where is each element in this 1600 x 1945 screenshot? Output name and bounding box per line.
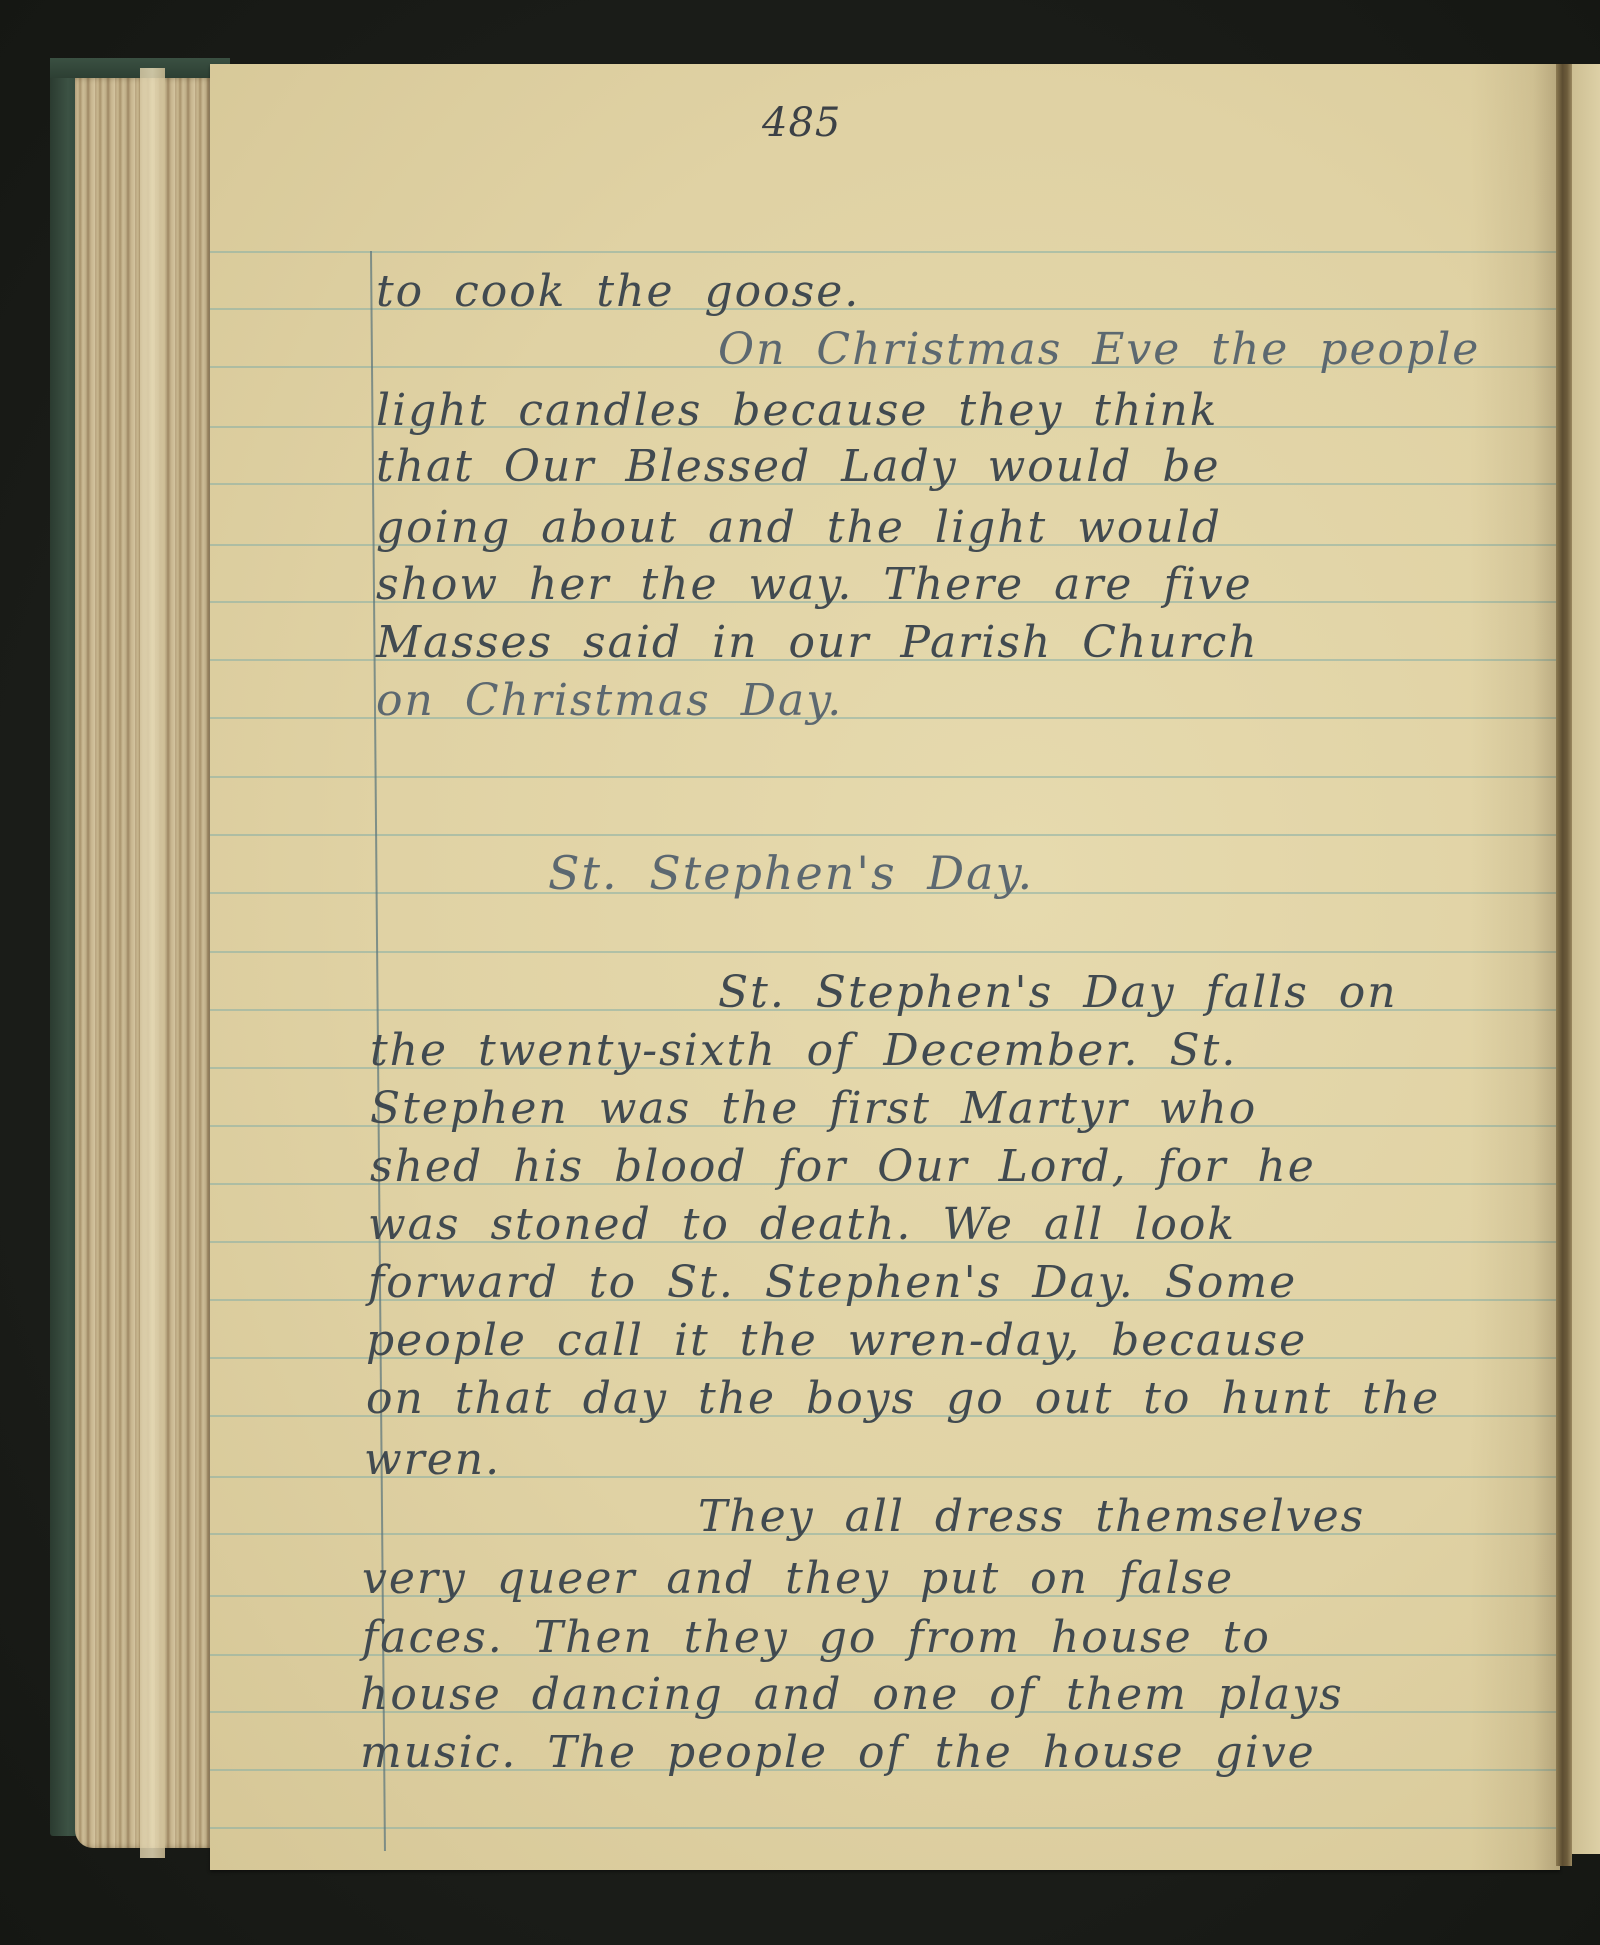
facing-page-edge xyxy=(1572,64,1600,1854)
text-line: people call it the wren-day, because xyxy=(366,1319,1307,1363)
ruled-line xyxy=(210,951,1560,953)
page-number: 485 xyxy=(762,100,841,146)
ruled-line xyxy=(210,776,1560,778)
text-line: shed his blood for Our Lord, for he xyxy=(370,1145,1316,1189)
text-line: faces. Then they go from house to xyxy=(362,1616,1271,1660)
text-line: They all dress themselves xyxy=(698,1495,1365,1539)
page-edges-highlight xyxy=(140,68,165,1858)
text-line: the twenty-sixth of December. St. xyxy=(370,1029,1237,1073)
text-line: house dancing and one of them plays xyxy=(360,1673,1344,1717)
text-line: was stoned to death. We all look xyxy=(368,1203,1236,1247)
text-line: going about and the light would xyxy=(376,506,1222,550)
ruled-line xyxy=(210,251,1560,253)
text-line: on that day the boys go out to hunt the xyxy=(366,1377,1440,1421)
text-line: On Christmas Eve the people xyxy=(718,328,1480,372)
text-line: to cook the goose. xyxy=(376,270,860,314)
text-line: wren. xyxy=(364,1438,501,1482)
text-line: on Christmas Day. xyxy=(376,679,843,723)
ruled-line xyxy=(210,1827,1560,1829)
page-curve-shadow xyxy=(1470,64,1560,1870)
book-gutter xyxy=(1556,64,1572,1866)
text-line: forward to St. Stephen's Day. Some xyxy=(368,1261,1297,1305)
section-heading: St. Stephen's Day. xyxy=(548,850,1034,896)
text-line: very queer and they put on false xyxy=(362,1557,1234,1601)
text-line: Masses said in our Parish Church xyxy=(376,621,1259,665)
text-line: Stephen was the first Martyr who xyxy=(370,1087,1257,1131)
text-line: show her the way. There are five xyxy=(376,563,1253,607)
text-line: music. The people of the house give xyxy=(360,1731,1316,1775)
text-line: that Our Blessed Lady would be xyxy=(376,445,1221,489)
text-line: St. Stephen's Day falls on xyxy=(718,971,1398,1015)
ruled-line xyxy=(210,834,1560,836)
text-line: light candles because they think xyxy=(376,389,1218,433)
